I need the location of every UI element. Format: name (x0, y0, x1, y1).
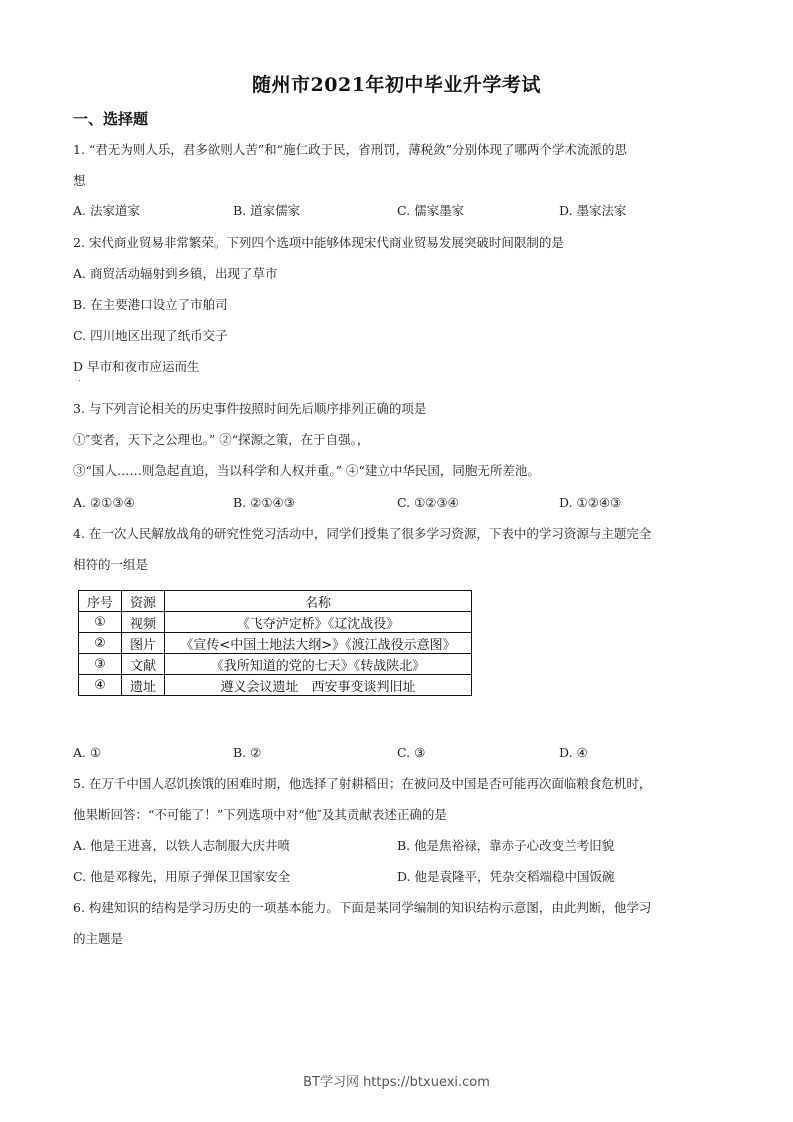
section-heading: 一、选择题 (73, 108, 148, 129)
question-2-option-a[interactable]: A. 商贸活动辐射到乡镇，出现了草市 (73, 265, 277, 283)
table-header-row: 序号 资源 名称 (79, 591, 472, 612)
table-cell-index: ① (79, 612, 122, 633)
question-5-option-a[interactable]: A. 他是王进喜，以铁人志制服大庆井喷 (73, 837, 290, 855)
question-3-option-c[interactable]: C. ①②③④ (397, 494, 459, 512)
table-cell-name: 《我所知道的党的七天》《转战陕北》 (165, 654, 472, 675)
table-header-resource: 资源 (122, 591, 165, 612)
question-5-option-c[interactable]: C. 他是邓稼先，用原子弹保卫国家安全 (73, 868, 290, 886)
question-2-option-c[interactable]: C. 四川地区出现了纸币交子 (73, 327, 228, 345)
question-3-quote-line-1: ①″变者，天下之公理也。” ②“探源之策，在于自强。， (73, 431, 369, 449)
question-5-option-d[interactable]: D. 他是袁隆平，凭杂交稻端稳中国饭碗 (397, 868, 615, 886)
question-4-stem-line-2: 相符的一组是 (73, 556, 148, 574)
question-2-option-b[interactable]: B. 在主要港口设立了市舶司 (73, 296, 228, 314)
question-5-stem-line-2: 他果断回答：“不可能了！”下列选项中对“他″及其贡献表述正确的是 (73, 806, 447, 824)
table-row: ① 视频 《飞夺泸定桥》《辽沈战役》 (79, 612, 472, 633)
table-cell-resource: 视频 (122, 612, 165, 633)
table-cell-name: 《宣传<中国土地法大纲>》《渡江战役示意图》 (165, 633, 472, 654)
question-3-stem: 3. 与下列言论相关的历史事件按照时间先后顺序排列正确的项是 (73, 400, 426, 418)
question-2-option-d[interactable]: D 早市和夜市应运而生 (73, 358, 200, 376)
table-cell-name: 遵义会议遗址 西安事变谈判旧址 (165, 675, 472, 696)
table-cell-index: ④ (79, 675, 122, 696)
question-1-option-a[interactable]: A. 法家道家 (73, 202, 140, 220)
question-1-stem-line-2: 想 (73, 172, 86, 190)
resource-table: 序号 资源 名称 ① 视频 《飞夺泸定桥》《辽沈战役》 ② 图片 《宣传<中国土… (78, 590, 472, 696)
question-5-stem-line-1: 5. 在万千中国人忍饥挨饿的困难时期，他选择了射耕稻田；在被问及中国是否可能再次… (73, 775, 651, 793)
question-4-option-b[interactable]: B. ② (233, 744, 261, 762)
table-cell-resource: 文献 (122, 654, 165, 675)
stray-dot (79, 380, 80, 381)
question-6-stem-line-2: 的主题是 (73, 930, 123, 948)
table-cell-resource: 遗址 (122, 675, 165, 696)
question-3-option-a[interactable]: A. ②①③④ (73, 494, 135, 512)
table-header-name: 名称 (165, 591, 472, 612)
table-row: ④ 遗址 遵义会议遗址 西安事变谈判旧址 (79, 675, 472, 696)
footer-watermark: BT学习网 https://btxuexi.com (0, 1071, 793, 1090)
question-4-option-d[interactable]: D. ④ (559, 744, 588, 762)
question-1-option-c[interactable]: C. 儒家墨家 (397, 202, 464, 220)
question-2-stem: 2. 宋代商业贸易非常繁荣。下列四个选项中能够体现宋代商业贸易发展突破时间限制的… (73, 234, 564, 252)
question-1-stem-line-1: 1. “君无为则人乐，君多欲则人苦”和“施仁政于民，省刑罚，薄税敛”分别体现了哪… (73, 141, 627, 159)
page-title: 随州市2021年初中毕业升学考试 (0, 70, 793, 97)
question-5-option-b[interactable]: B. 他是焦裕禄，靠赤子心改变兰考旧貌 (397, 837, 614, 855)
table-cell-index: ② (79, 633, 122, 654)
table-cell-name: 《飞夺泸定桥》《辽沈战役》 (165, 612, 472, 633)
question-1-option-d[interactable]: D. 墨家法家 (559, 202, 627, 220)
question-4-stem-line-1: 4. 在一次人民解放战角的研究性党习活动中，同学们授集了很多学习资源，下表中的学… (73, 525, 651, 543)
question-3-quote-line-2: ③“国人……则急起直追，当以科学和人权并重。” ④“建立中华民国，同胞无所差池。 (73, 462, 540, 480)
question-3-option-d[interactable]: D. ①②④③ (559, 494, 621, 512)
question-6-stem-line-1: 6. 构建知识的结构是学习历史的一项基本能力。下面是某同学编制的知识结构示意图，… (73, 899, 651, 917)
table-cell-index: ③ (79, 654, 122, 675)
table-row: ③ 文献 《我所知道的党的七天》《转战陕北》 (79, 654, 472, 675)
question-4-option-c[interactable]: C. ③ (397, 744, 425, 762)
table-cell-resource: 图片 (122, 633, 165, 654)
table-header-index: 序号 (79, 591, 122, 612)
question-4-option-a[interactable]: A. ① (73, 744, 101, 762)
question-3-option-b[interactable]: B. ②①④③ (233, 494, 295, 512)
question-1-option-b[interactable]: B. 道家儒家 (233, 202, 300, 220)
table-row: ② 图片 《宣传<中国土地法大纲>》《渡江战役示意图》 (79, 633, 472, 654)
